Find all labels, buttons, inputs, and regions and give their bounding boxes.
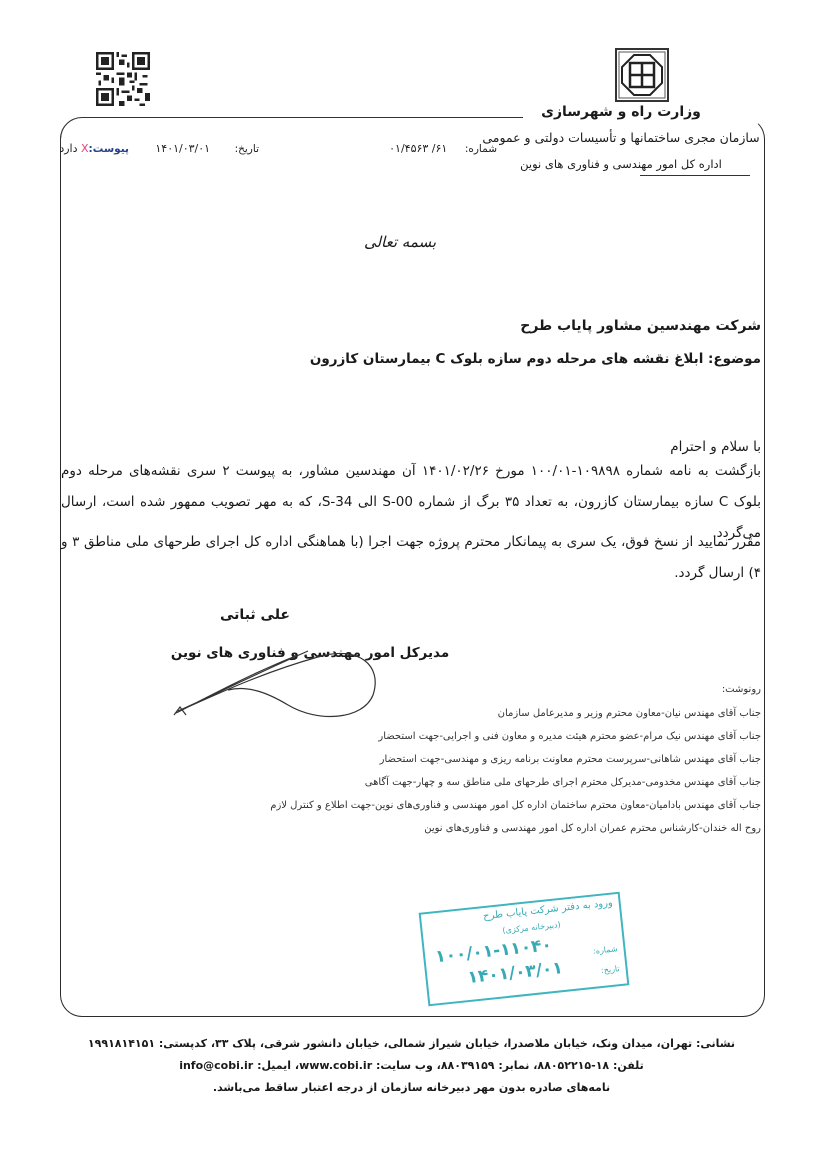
cc-item: جناب آقای مهندس نیک مرام-عضو محترم هیئت … — [270, 725, 761, 748]
cc-item: جناب آقای مهندس مخدومی-مدیرکل محترم اجرا… — [270, 771, 761, 794]
cc-item: جناب آقای مهندس شاهانی-سرپرست محترم معاو… — [270, 748, 761, 771]
letter-number: شماره: ۶۱/ ۰۱/۴۵۶۳ — [389, 142, 497, 155]
cc-item: جناب آقای مهندس بادامیان-معاون محترم ساخ… — [270, 794, 761, 817]
stamp-date-label: تاریخ: — [601, 964, 620, 975]
footer-address: نشانی: تهران، میدان ونک، خیابان ملاصدرا،… — [60, 1037, 763, 1050]
cc-heading: رونوشت: — [722, 684, 761, 695]
date-label: تاریخ: — [235, 143, 259, 155]
letter-attachment: پیوست:X دارد — [59, 142, 129, 155]
recipient: شرکت مهندسین مشاور پایاب طرح — [520, 318, 761, 334]
ministry-logo-icon — [615, 48, 669, 102]
cc-item: جناب آقای مهندس نیان-معاون محترم وزیر و … — [270, 702, 761, 725]
subject: موضوع: ابلاغ نقشه های مرحله دوم سازه بلو… — [310, 351, 761, 367]
footer-notice: نامه‌های صادره بدون مهر دبیرخانه سازمان … — [60, 1081, 763, 1094]
footer-contact: تلفن: ۱۸-۸۸۰۵۲۲۱۵، نمابر: ۸۸۰۳۹۱۵۹، وب س… — [60, 1059, 763, 1072]
qr-code-icon — [96, 52, 150, 106]
date-value: ۱۴۰۱/۰۳/۰۱ — [155, 142, 210, 155]
frame-top-right-edge — [640, 175, 750, 176]
cc-item: روح اله خندان-کارشناس محترم عمران اداره … — [270, 817, 761, 840]
number-value: ۶۱/ ۰۱/۴۵۶۳ — [389, 142, 447, 155]
stamp-subtitle: (دبیرخانه مرکزی) — [502, 920, 561, 935]
paragraph-2: مقرر نمایید از نسخ فوق، یک سری به پیمانک… — [61, 527, 761, 589]
cc-list: جناب آقای مهندس نیان-معاون محترم وزیر و … — [270, 702, 761, 840]
signatory-name: علی ثباتی — [210, 607, 300, 623]
stamp-number-label: شماره: — [593, 944, 618, 956]
x-mark-icon: X — [81, 142, 89, 155]
stamp-date-value: ۱۴۰۱/۰۳/۰۱ — [467, 958, 564, 988]
bismillah-heading: بسمه تعالی — [330, 233, 470, 251]
number-label: شماره: — [465, 143, 497, 155]
letter-date: تاریخ: ۱۴۰۱/۰۳/۰۱ — [155, 142, 259, 155]
attachment-value: دارد — [59, 142, 77, 155]
attachment-label: پیوست: — [89, 143, 129, 155]
